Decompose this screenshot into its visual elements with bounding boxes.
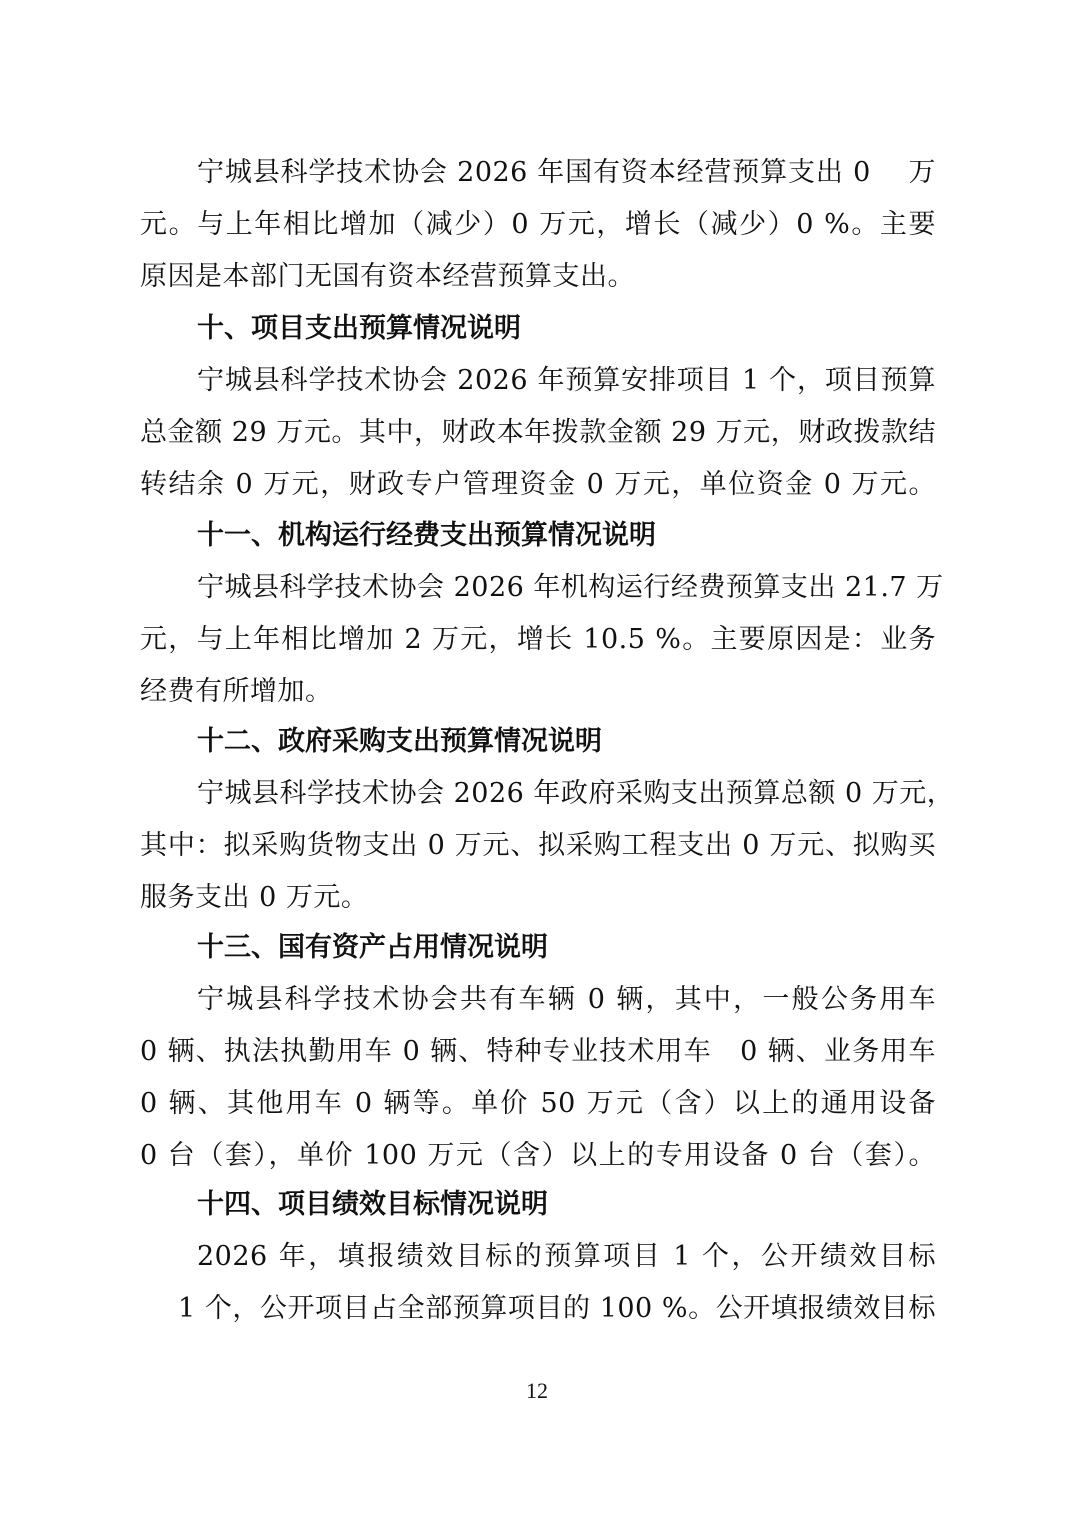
paragraph-line: 宁城县科学技术协会 2026 年政府采购支出预算总额 0 万元， (197, 774, 936, 814)
section-heading: 十二、政府采购支出预算情况说明 (197, 722, 602, 762)
paragraph-line: 2026 年，填报绩效目标的预算项目 1 个，公开绩效目标 (197, 1237, 936, 1277)
section-heading: 十、项目支出预算情况说明 (197, 309, 521, 349)
paragraph-line: 总金额 29 万元。其中，财政本年拨款金额 29 万元，财政拨款结 (140, 413, 936, 453)
paragraph-line: 转结余 0 万元，财政专户管理资金 0 万元，单位资金 0 万元。 (140, 465, 936, 505)
paragraph-line: 元。与上年相比增加（减少）0 万元，增长（减少）0 %。主要 (140, 205, 936, 245)
paragraph-line: 宁城县科学技术协会 2026 年国有资本经营预算支出 0 万 (197, 153, 936, 193)
paragraph-line: 服务支出 0 万元。 (140, 878, 936, 918)
page-number: 12 (0, 1376, 1074, 1406)
section-heading: 十四、项目绩效目标情况说明 (197, 1185, 548, 1225)
paragraph-line: 其中：拟采购货物支出 0 万元、拟采购工程支出 0 万元、拟购买 (140, 826, 936, 866)
paragraph-line: 元，与上年相比增加 2 万元，增长 10.5 %。主要原因是：业务 (140, 620, 936, 660)
paragraph-line: 经费有所增加。 (140, 672, 936, 712)
section-heading: 十三、国有资产占用情况说明 (197, 928, 548, 968)
document-page: 宁城县科学技术协会 2026 年国有资本经营预算支出 0 万 元。与上年相比增加… (0, 0, 1074, 1520)
section-heading: 十一、机构运行经费支出预算情况说明 (197, 516, 656, 556)
paragraph-line: 1 个，公开项目占全部预算项目的 100 %。公开填报绩效目标 (178, 1289, 936, 1329)
paragraph-line: 宁城县科学技术协会 2026 年预算安排项目 1 个，项目预算 (197, 361, 936, 401)
paragraph-line: 0 辆、执法执勤用车 0 辆、特种专业技术用车 0 辆、业务用车 (140, 1032, 936, 1072)
paragraph-line: 0 辆、其他用车 0 辆等。单价 50 万元（含）以上的通用设备 (140, 1084, 936, 1124)
paragraph-line: 宁城县科学技术协会 2026 年机构运行经费预算支出 21.7 万 (197, 568, 936, 608)
paragraph-line: 0 台（套），单价 100 万元（含）以上的专用设备 0 台（套）。 (140, 1136, 936, 1176)
paragraph-line: 宁城县科学技术协会共有车辆 0 辆，其中，一般公务用车 (197, 980, 936, 1020)
paragraph-line: 原因是本部门无国有资本经营预算支出。 (140, 257, 936, 297)
